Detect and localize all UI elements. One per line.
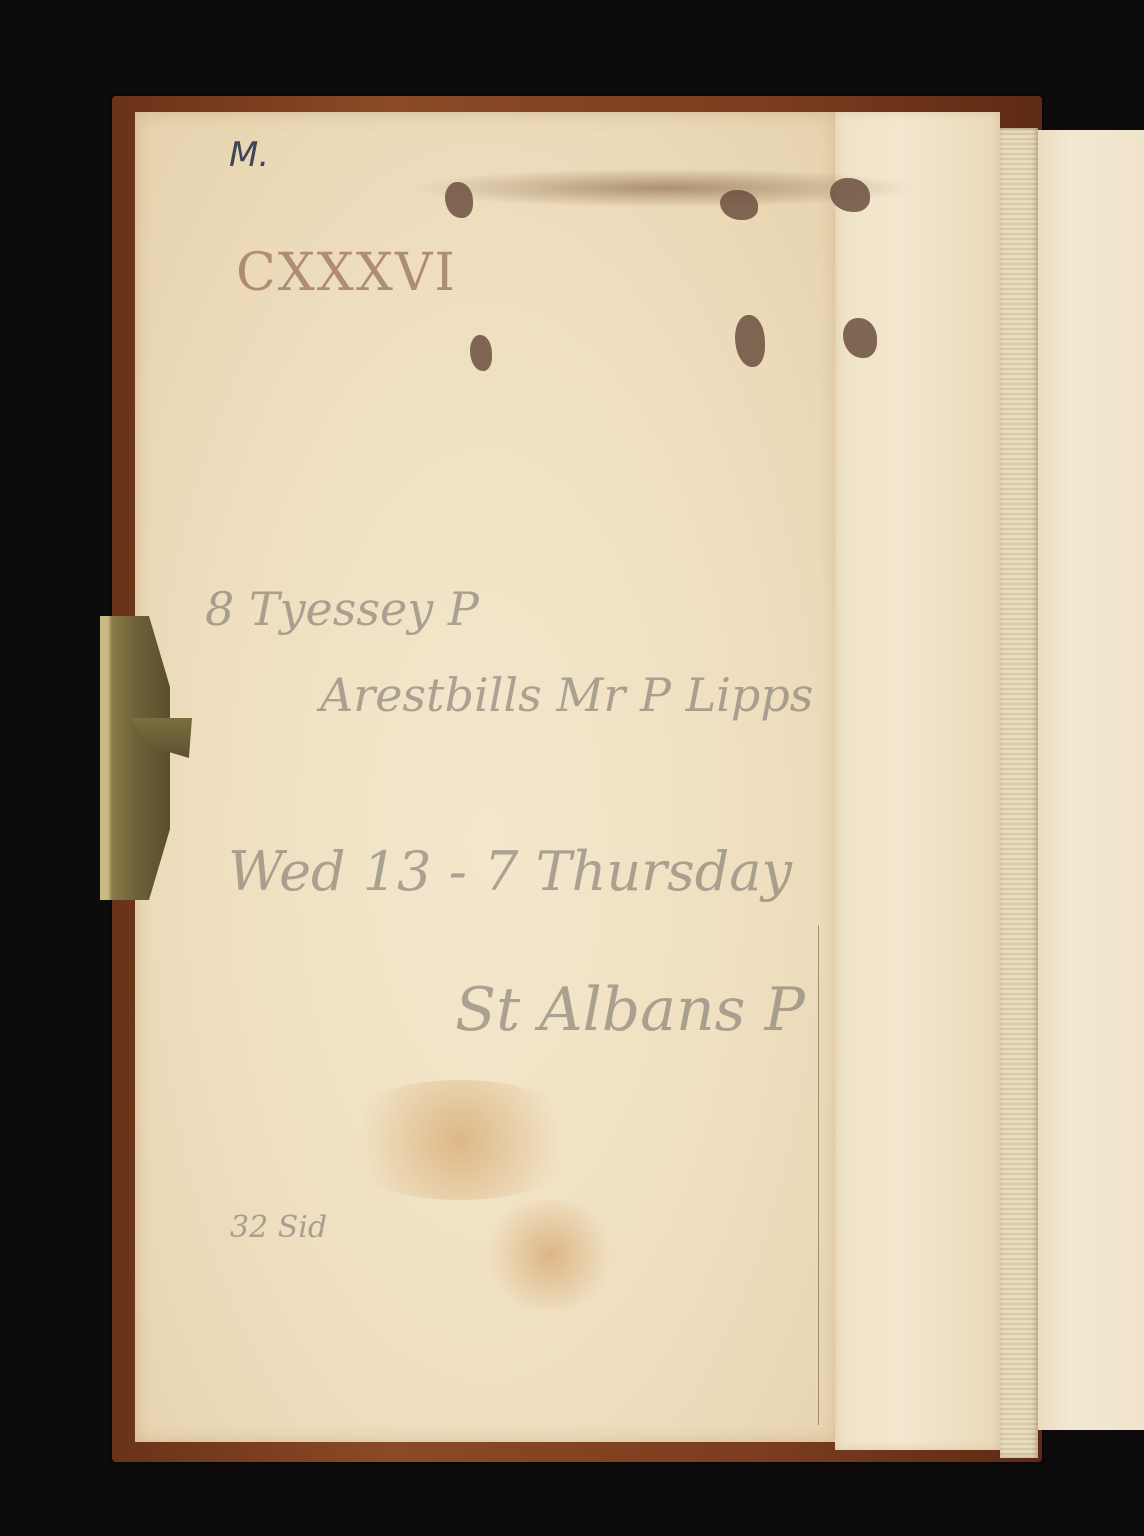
- handwriting-line: Arestbills Mr P Lipps: [320, 668, 813, 722]
- handwriting-line: Wed 13 - 7 Thursday: [228, 840, 792, 903]
- shelf-mark: M.: [229, 135, 269, 175]
- pastedown-strip: [835, 112, 1000, 1450]
- spine-hinge: [1000, 128, 1038, 1458]
- paper-crease: [818, 925, 822, 1425]
- foxing-stain: [480, 1200, 620, 1310]
- handwriting-line: 32 Sid: [230, 1210, 327, 1245]
- ink-blot: [470, 335, 492, 371]
- brass-clasp: [100, 616, 170, 900]
- handwriting-line: 8 Tyessey P: [205, 582, 479, 636]
- handwriting-line: St Albans P: [455, 975, 805, 1045]
- volume-stamp: CXXXVI: [236, 243, 457, 303]
- flyleaf-edge: [1038, 130, 1144, 1430]
- foxing-stain: [330, 1080, 590, 1200]
